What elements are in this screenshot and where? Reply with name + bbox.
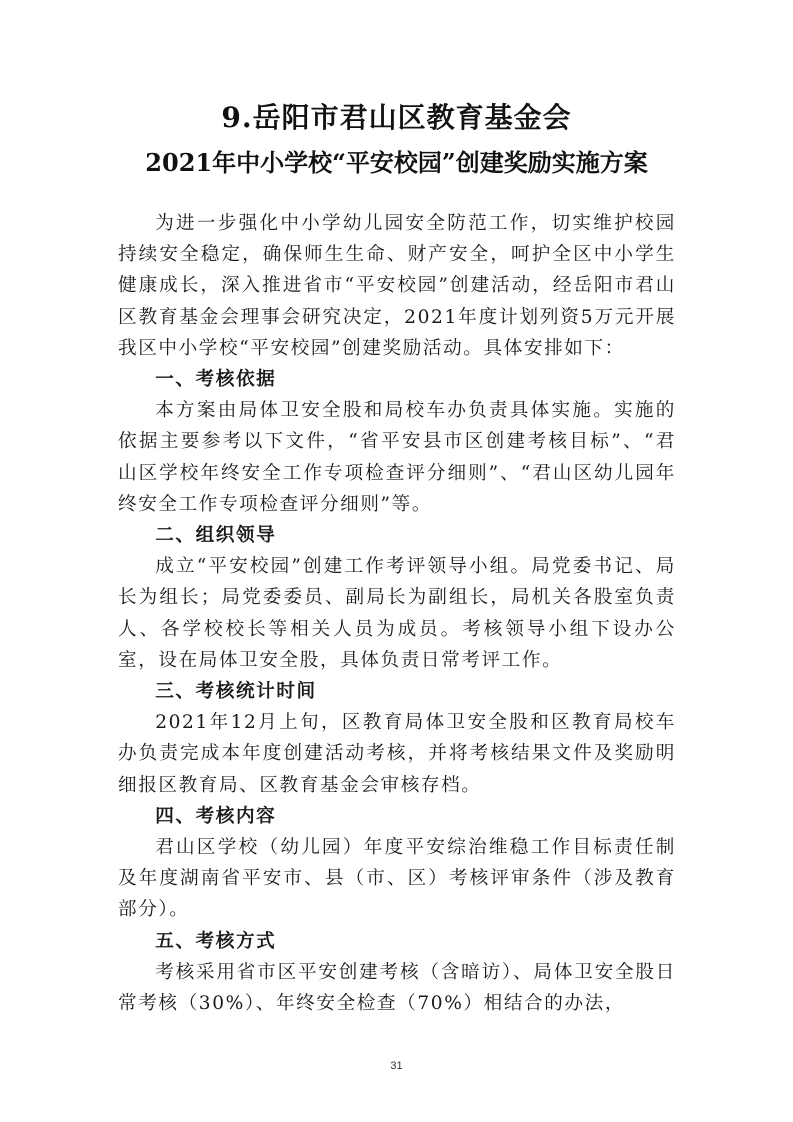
section-heading-assessment-basis: 一、考核依据: [118, 364, 676, 395]
section-text-organization: 成立“平安校园”创建工作考评领导小组。局党委书记、局长为组长；局党委委员、副局长…: [118, 551, 676, 676]
section-text-assessment-content: 君山区学校（幼儿园）年度平安综治维稳工作目标责任制及年度湖南省平安市、县（市、区…: [118, 832, 676, 926]
section-heading-assessment-content: 四、考核内容: [118, 801, 676, 832]
document-title: 9.岳阳市君山区教育基金会: [0, 98, 793, 138]
section-heading-statistics-time: 三、考核统计时间: [118, 676, 676, 707]
document-page: 9.岳阳市君山区教育基金会 2021年中小学校“平安校园”创建奖励实施方案 为进…: [0, 0, 793, 1122]
section-text-statistics-time: 2021年12月上旬，区教育局体卫安全股和区教育局校车办负责完成本年度创建活动考…: [118, 707, 676, 801]
page-number: 31: [0, 1060, 793, 1072]
section-heading-organization: 二、组织领导: [118, 520, 676, 551]
section-text-assessment-method: 考核采用省市区平安创建考核（含暗访）、局体卫安全股日常考核（30%）、年终安全检…: [118, 957, 676, 1019]
section-text-assessment-basis: 本方案由局体卫安全股和局校车办负责具体实施。实施的依据主要参考以下文件，“省平安…: [118, 395, 676, 520]
document-body: 为进一步强化中小学幼儿园安全防范工作，切实维护校园持续安全稳定，确保师生生命、财…: [118, 208, 676, 1019]
document-subtitle: 2021年中小学校“平安校园”创建奖励实施方案: [0, 145, 793, 181]
section-heading-assessment-method: 五、考核方式: [118, 926, 676, 957]
intro-paragraph: 为进一步强化中小学幼儿园安全防范工作，切实维护校园持续安全稳定，确保师生生命、财…: [118, 208, 676, 364]
